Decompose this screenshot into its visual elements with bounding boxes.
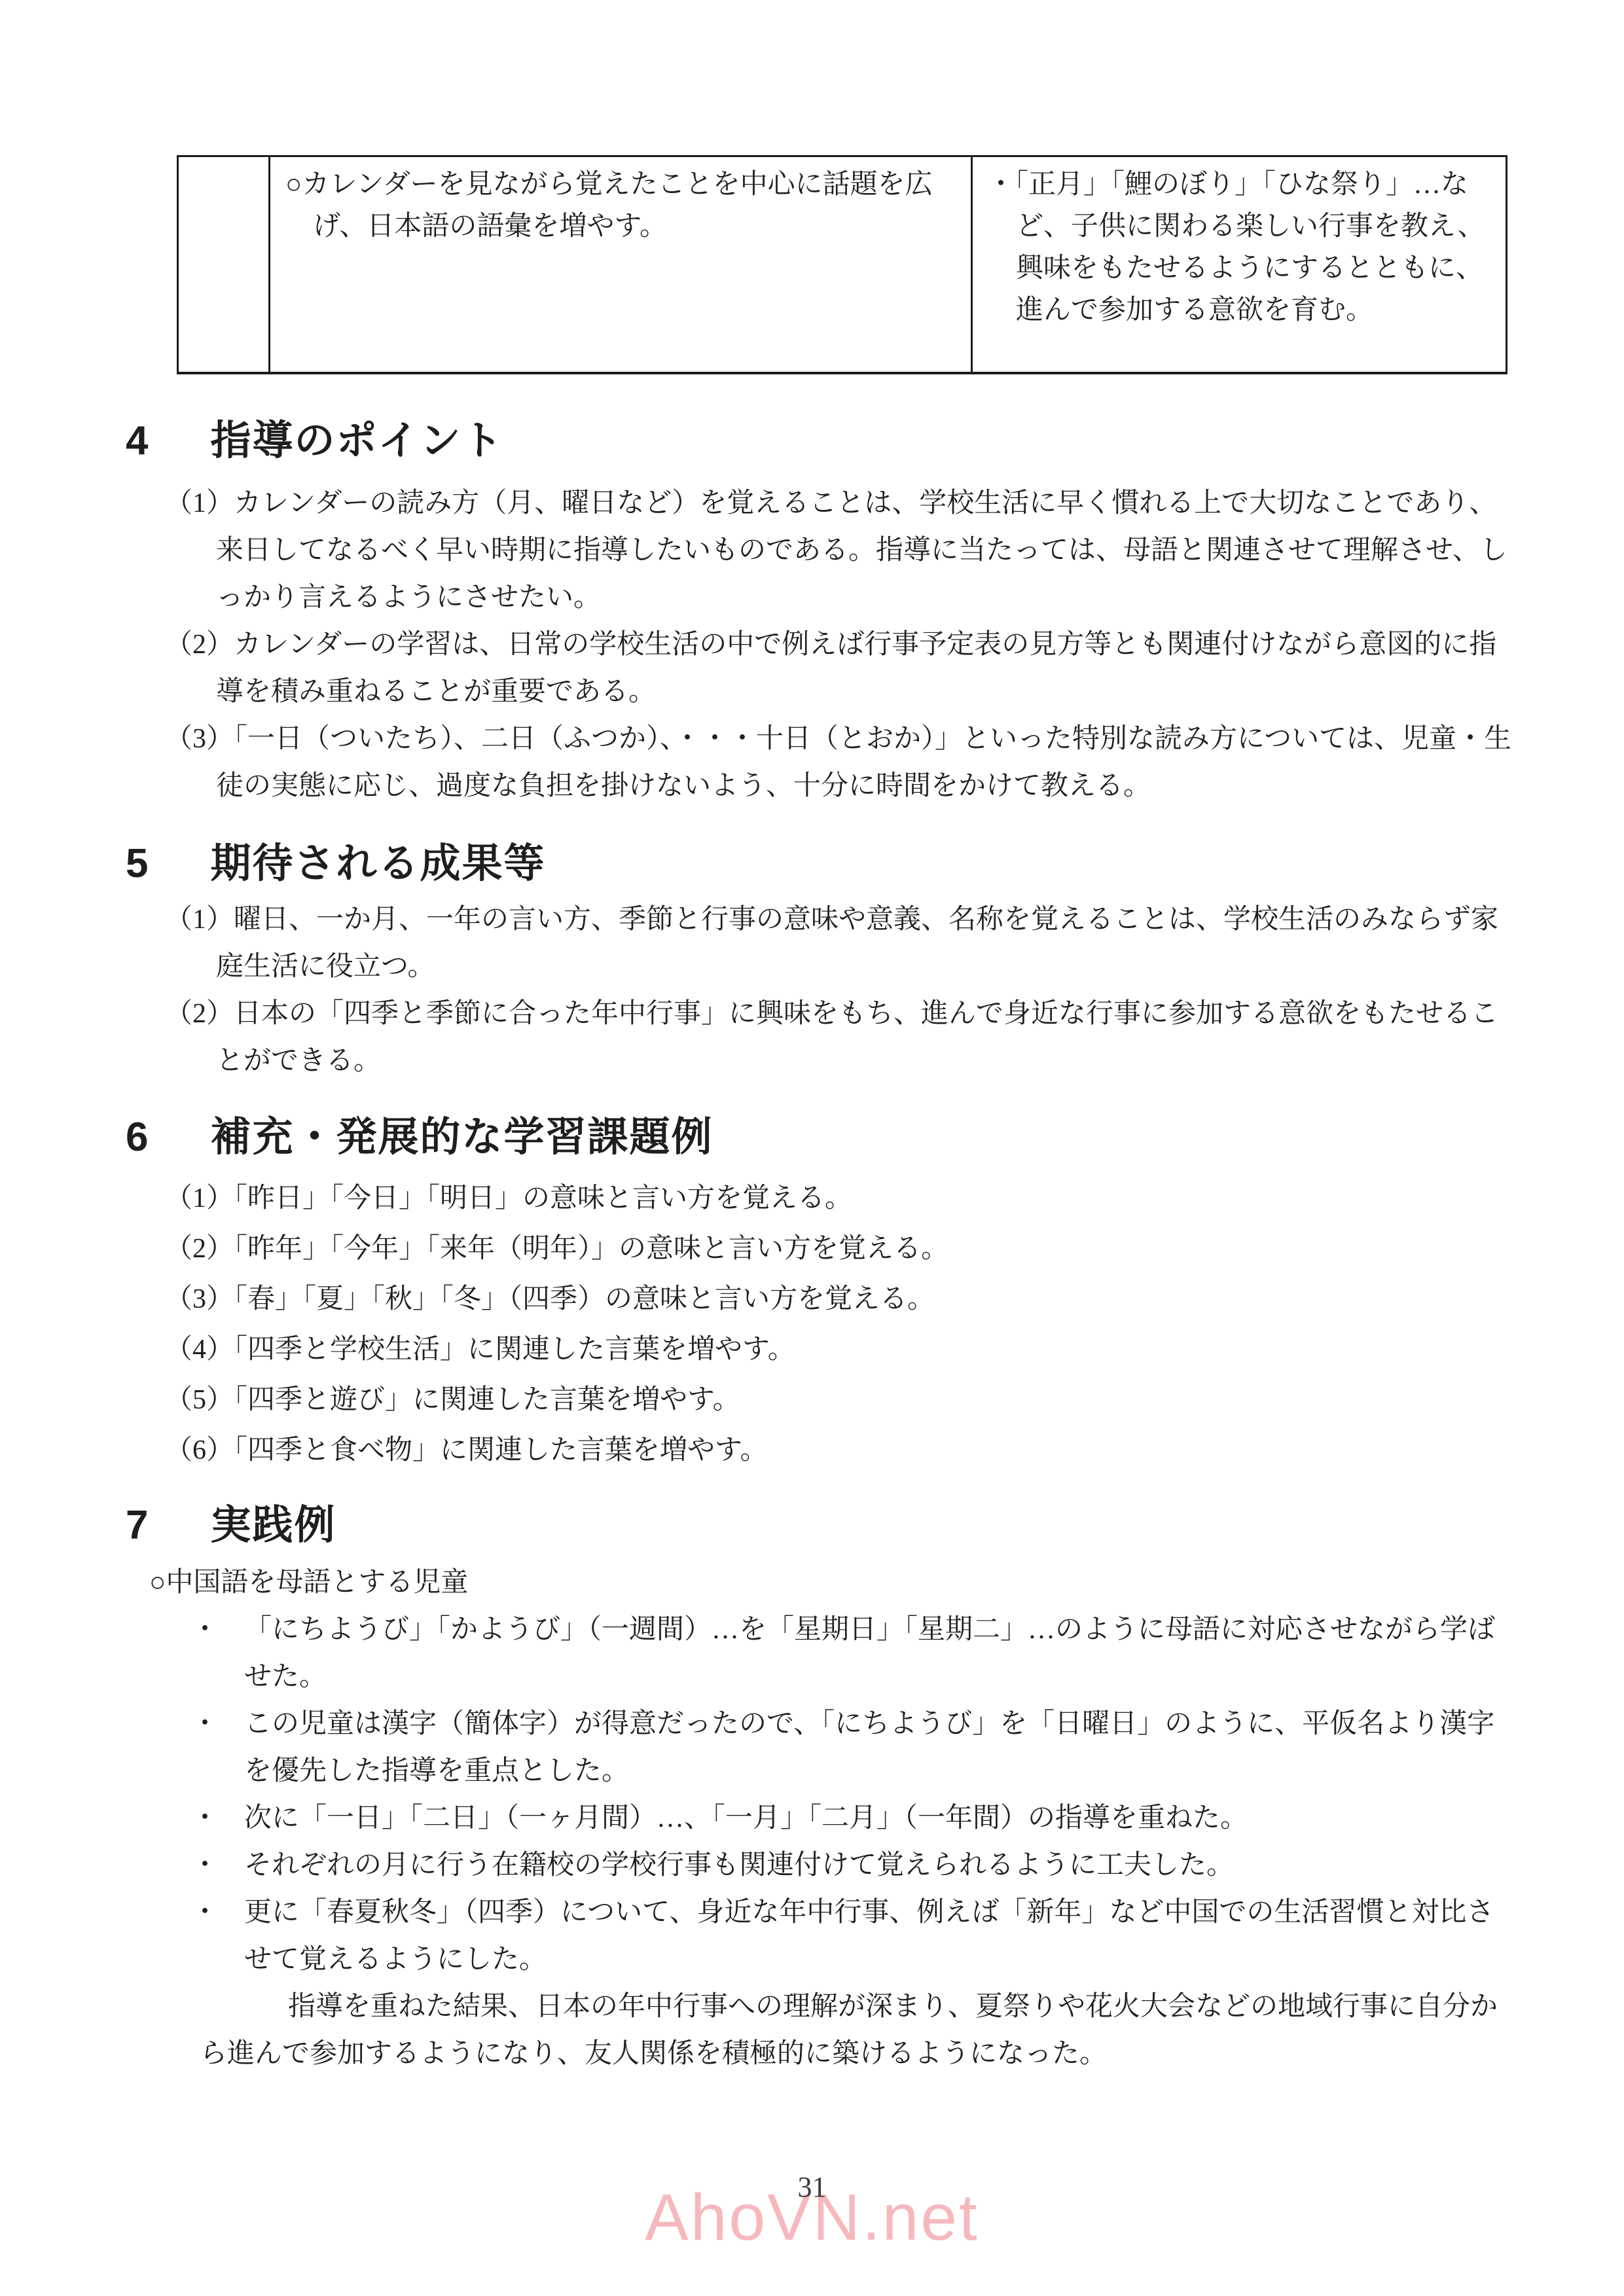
section7-bullet-1: ・ 「にちようび」「かようび」（一週間）…を「星期日」「星期二」…のように母語に…	[191, 1606, 1519, 1700]
table-row: ○カレンダーを見ながら覚えたことを中心に話題を広げ、日本語の語彙を増やす。 ・「…	[178, 156, 1507, 373]
bullet-marker: ・	[191, 1700, 244, 1795]
section-heading-6: 6補充・発展的な学習課題例	[126, 1114, 1624, 1160]
section-heading-4: 4指導のポイント	[126, 418, 1624, 464]
section6-item-5: （5）「四季と遊び」に関連した言葉を増やす。	[165, 1376, 1513, 1424]
guidance-text: ・「正月」「鯉のぼり」「ひな祭り」…など、子供に関わる楽しい行事を教え、興味をも…	[987, 164, 1498, 331]
section7-bullet-4: ・ それぞれの月に行う在籍校の学校行事も関連付けて覚えられるように工夫した。	[191, 1842, 1519, 1889]
document-page: ○カレンダーを見ながら覚えたことを中心に話題を広げ、日本語の語彙を増やす。 ・「…	[0, 0, 1624, 2296]
section7-closing-paragraph: 指導を重ねた結果、日本の年中行事への理解が深まり、夏祭りや花火大会などの地域行事…	[200, 1983, 1513, 2077]
section7-bullet-3: ・ 次に「一日」「二日」（一ヶ月間）…、「一月」「二月」（一年間）の指導を重ねた…	[191, 1795, 1519, 1842]
bullet-marker: ・	[191, 1795, 244, 1842]
bullet-marker: ・	[191, 1606, 244, 1700]
section-title: 期待される成果等	[210, 841, 545, 886]
bullet-text: この児童は漢字（簡体字）が得意だったので、「にちようび」を「日曜日」のように、平…	[244, 1700, 1519, 1795]
bullet-marker: ・	[191, 1889, 244, 1983]
page-number: 31	[0, 2172, 1624, 2203]
section-number: 7	[126, 1503, 149, 1548]
section-heading-7: 7実践例	[126, 1502, 1624, 1549]
bullet-text: 次に「一日」「二日」（一ヶ月間）…、「一月」「二月」（一年間）の指導を重ねた。	[244, 1795, 1519, 1842]
section-heading-5: 5期待される成果等	[126, 840, 1624, 887]
section5-item-2: （2）日本の「四季と季節に合った年中行事」に興味をもち、進んで身近な行事に参加す…	[165, 990, 1513, 1085]
section-title: 実践例	[210, 1503, 336, 1548]
section4-item-3: （3）「一日（ついたち）、二日（ふつか）、・・・十日（とおか）」といった特別な読…	[165, 715, 1513, 810]
section6-item-4: （4）「四季と学校生活」に関連した言葉を増やす。	[165, 1326, 1513, 1373]
bullet-text: 「にちようび」「かようび」（一週間）…を「星期日」「星期二」…のように母語に対応…	[244, 1606, 1519, 1700]
bullet-text: それぞれの月に行う在籍校の学校行事も関連付けて覚えられるように工夫した。	[244, 1842, 1519, 1889]
section6-item-1: （1）「昨日」「今日」「明日」の意味と言い方を覚える。	[165, 1175, 1513, 1222]
bullet-text: 更に「春夏秋冬」（四季）について、身近な年中行事、例えば「新年」など中国での生活…	[244, 1889, 1519, 1983]
section4-item-2: （2）カレンダーの学習は、日常の学校生活の中で例えば行事予定表の見方等とも関連付…	[165, 621, 1513, 715]
section7-bullet-5: ・ 更に「春夏秋冬」（四季）について、身近な年中行事、例えば「新年」など中国での…	[191, 1889, 1519, 1983]
section-title: 指導のポイント	[210, 418, 503, 463]
section7-lead: ○中国語を母語とする児童	[149, 1559, 1624, 1606]
table-cell-label	[178, 156, 270, 373]
goals-table: ○カレンダーを見ながら覚えたことを中心に話題を広げ、日本語の語彙を増やす。 ・「…	[177, 155, 1507, 374]
section7-bullet-2: ・ この児童は漢字（簡体字）が得意だったので、「にちようび」を「日曜日」のように…	[191, 1700, 1519, 1795]
table-cell-activity: ○カレンダーを見ながら覚えたことを中心に話題を広げ、日本語の語彙を増やす。	[270, 156, 972, 373]
section-number: 5	[126, 841, 149, 886]
section4-item-1: （1）カレンダーの読み方（月、曜日など）を覚えることは、学校生活に早く慣れる上で…	[165, 480, 1513, 621]
section6-item-3: （3）「春」「夏」「秋」「冬」（四季）の意味と言い方を覚える。	[165, 1276, 1513, 1323]
section5-item-1: （1）曜日、一か月、一年の言い方、季節と行事の意味や意義、名称を覚えることは、学…	[165, 896, 1513, 990]
activity-text: ○カレンダーを見ながら覚えたことを中心に話題を広げ、日本語の語彙を増やす。	[285, 164, 955, 247]
table-cell-guidance: ・「正月」「鯉のぼり」「ひな祭り」…など、子供に関わる楽しい行事を教え、興味をも…	[972, 156, 1507, 373]
section6-item-6: （6）「四季と食べ物」に関連した言葉を増やす。	[165, 1427, 1513, 1474]
section-number: 4	[126, 418, 149, 463]
section6-item-2: （2）「昨年」「今年」「来年（明年）」の意味と言い方を覚える。	[165, 1225, 1513, 1272]
bullet-marker: ・	[191, 1842, 244, 1889]
section-title: 補充・発展的な学習課題例	[210, 1115, 713, 1160]
section-number: 6	[126, 1115, 149, 1160]
